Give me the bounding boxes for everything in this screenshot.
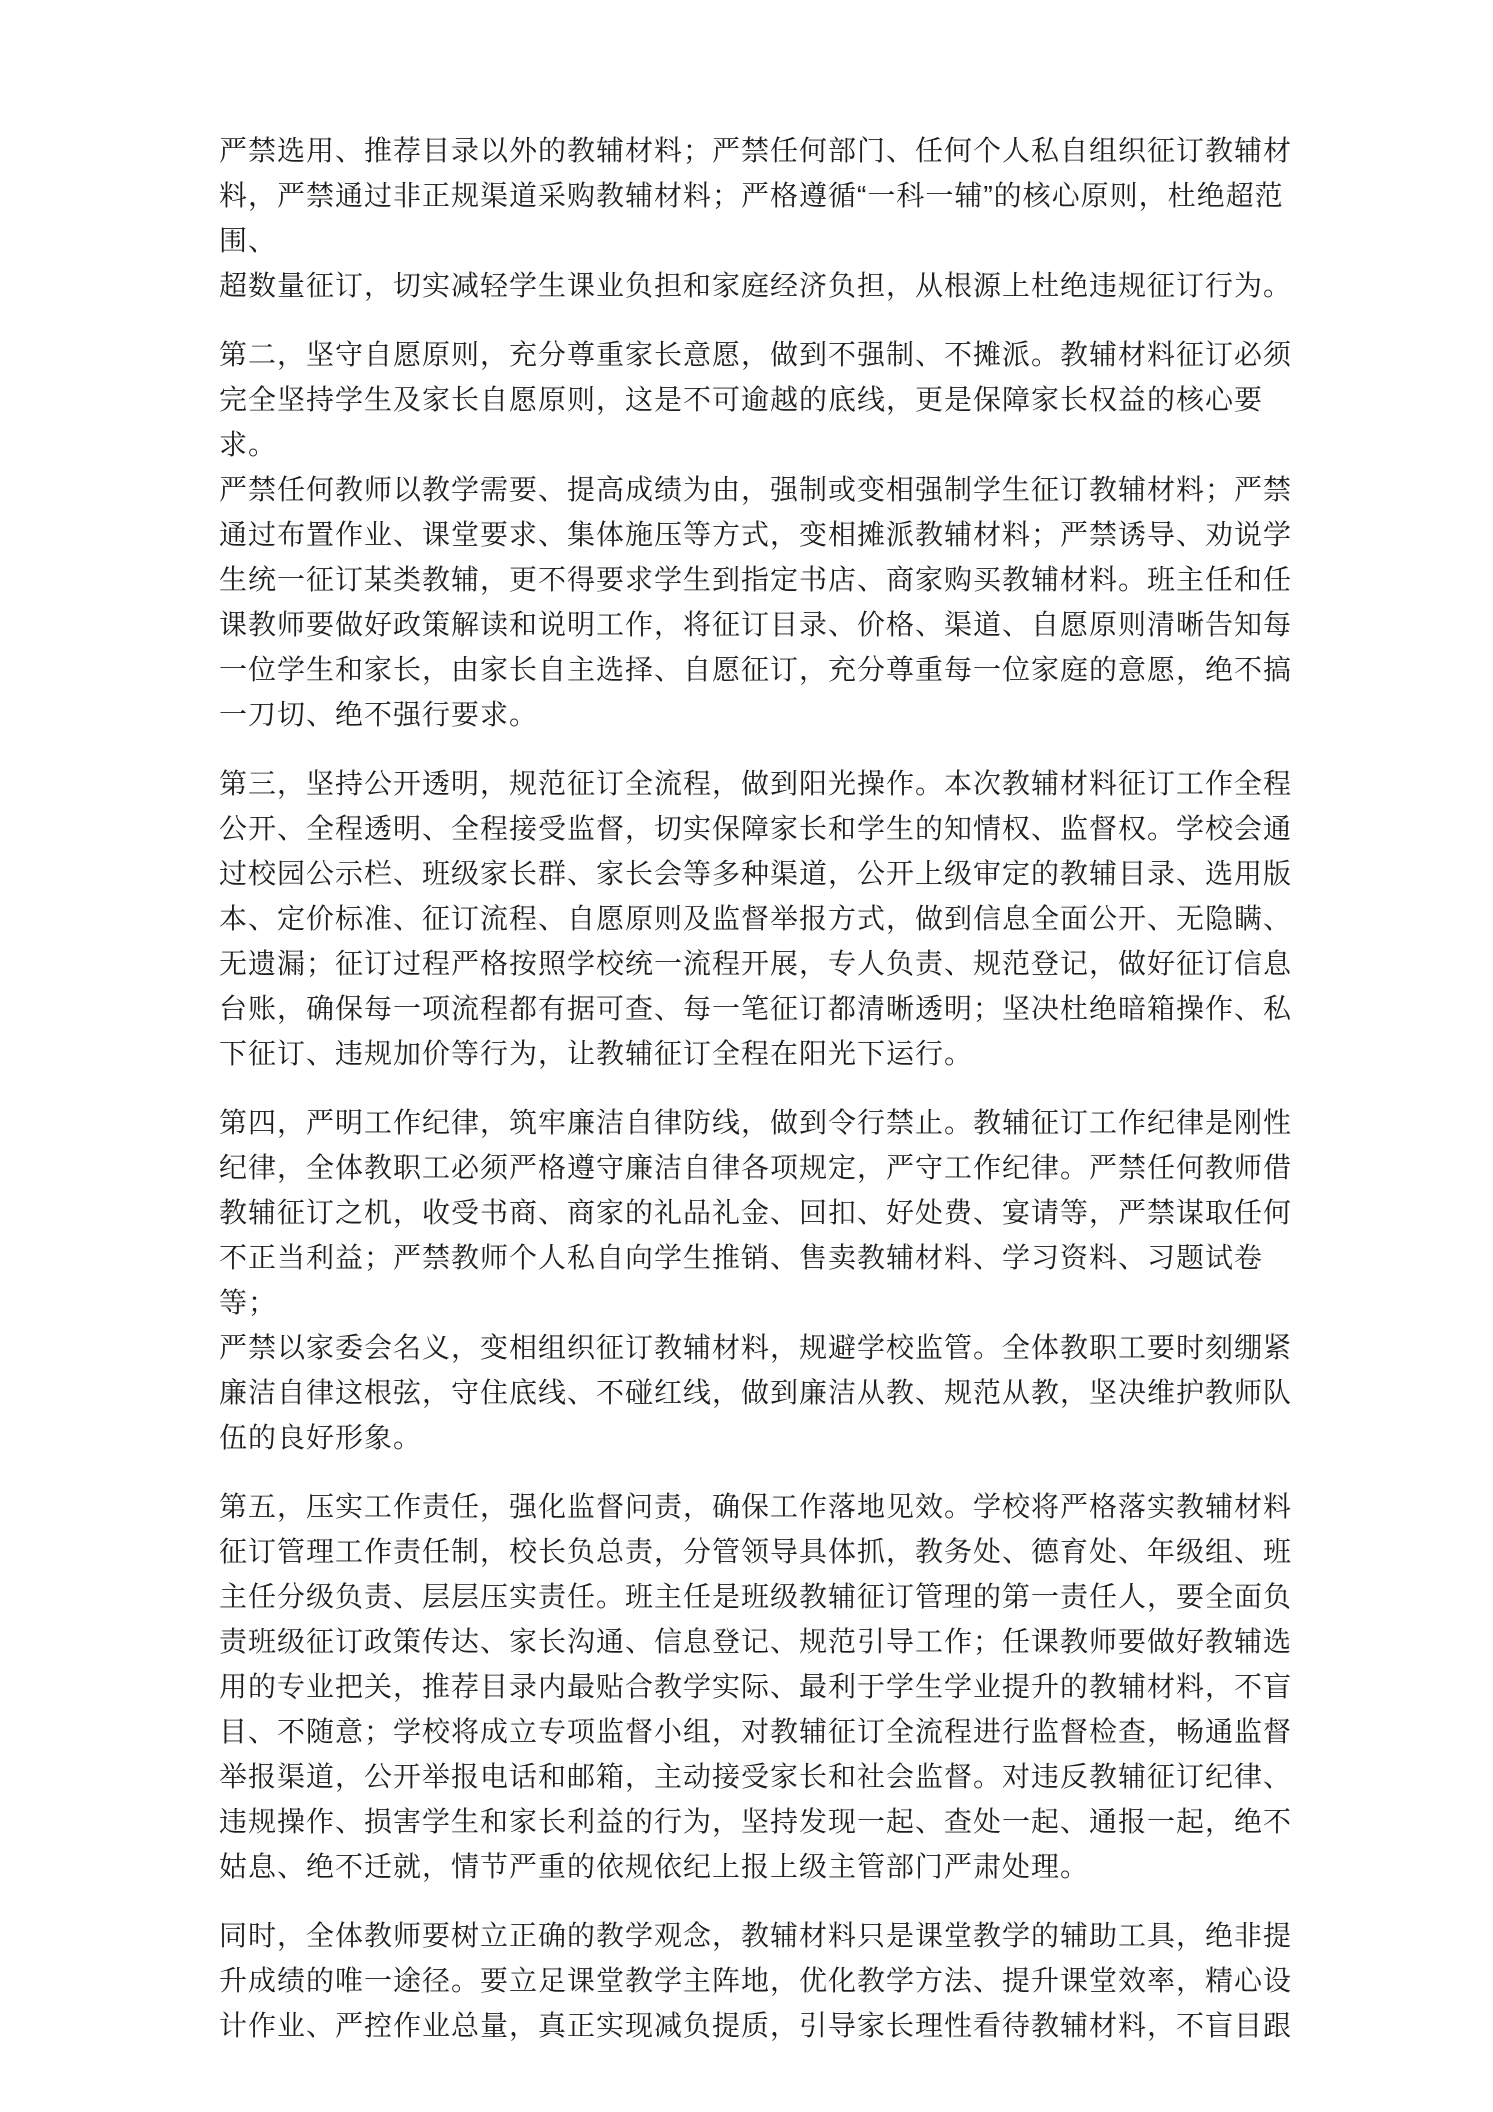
- paragraph: 同时，全体教师要树立正确的教学观念，教辅材料只是课堂教学的辅助工具，绝非提 升成…: [219, 1913, 1303, 2048]
- document-page: 严禁选用、推荐目录以外的教辅材料；严禁任何部门、任何个人私自组织征订教辅材 料，…: [0, 0, 1493, 2112]
- paragraph: 第三，坚持公开透明，规范征订全流程，做到阳光操作。本次教辅材料征订工作全程 公开…: [219, 761, 1303, 1076]
- paragraph: 第四，严明工作纪律，筑牢廉洁自律防线，做到令行禁止。教辅征订工作纪律是刚性 纪律…: [219, 1100, 1303, 1460]
- paragraph: 严禁选用、推荐目录以外的教辅材料；严禁任何部门、任何个人私自组织征订教辅材 料，…: [219, 128, 1303, 308]
- paragraph: 第五，压实工作责任，强化监督问责，确保工作落地见效。学校将严格落实教辅材料 征订…: [219, 1484, 1303, 1889]
- paragraph: 第二，坚守自愿原则，充分尊重家长意愿，做到不强制、不摊派。教辅材料征订必须 完全…: [219, 332, 1303, 737]
